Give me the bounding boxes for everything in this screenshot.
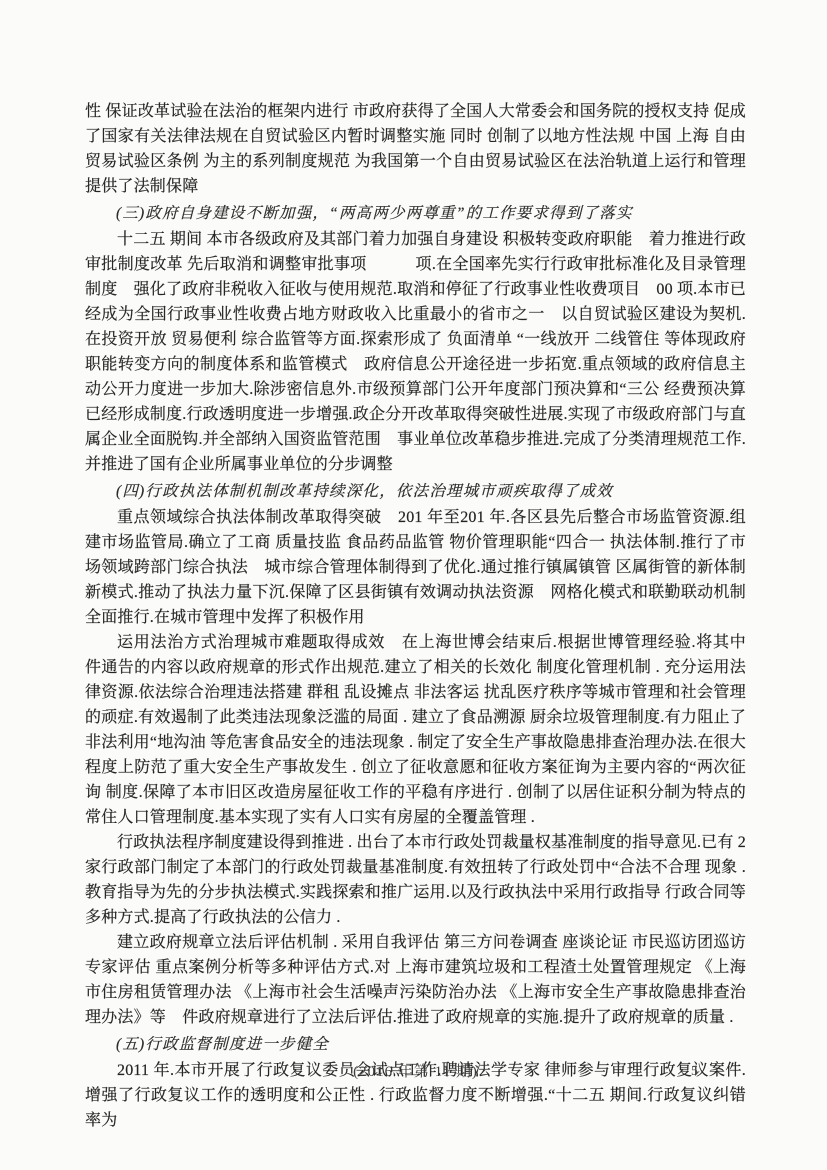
paragraph: 十二五 期间 本市各级政府及其部门着力加强自身建设 积极转变政府职能 着力推进行…: [85, 227, 746, 477]
document-page: 性 保证改革试验在法治的框架内进行 市政府获得了全国人大常委会和国务院的授权支持…: [0, 0, 827, 1170]
page-footer: (2016 年第 11 期) 5: [85, 1059, 746, 1085]
section-heading: (五)行政监督制度进一步健全: [85, 1032, 746, 1057]
paragraph: 重点领域综合执法体制改革取得突破 201 年至201 年.各区县先后整合市场监管…: [85, 505, 746, 630]
section-heading: (三)政府自身建设不断加强，“两高两少两尊重”的工作要求得到了落实: [85, 201, 746, 226]
document-body: 性 保证改革试验在法治的框架内进行 市政府获得了全国人大常委会和国务院的授权支持…: [85, 99, 746, 1133]
paragraph: 建立政府规章立法后评估机制 . 采用自我评估 第三方问卷调查 座谈论证 市民巡访…: [85, 930, 746, 1030]
section-heading: (四)行政执法体制机制改革持续深化，依法治理城市顽疾取得了成效: [85, 479, 746, 504]
page-number: 5: [691, 1059, 698, 1085]
paragraph: 性 保证改革试验在法治的框架内进行 市政府获得了全国人大常委会和国务院的授权支持…: [85, 99, 746, 199]
journal-issue-label: (2016 年第 11 期): [85, 1059, 746, 1085]
paragraph: 运用法治方式治理城市难题取得成效 在上海世博会结束后.根据世博管理经验.将其中 …: [85, 630, 746, 830]
paragraph: 行政执法程序制度建设得到推进 . 出台了本市行政处罚裁量权基准制度的指导意见.已…: [85, 830, 746, 930]
